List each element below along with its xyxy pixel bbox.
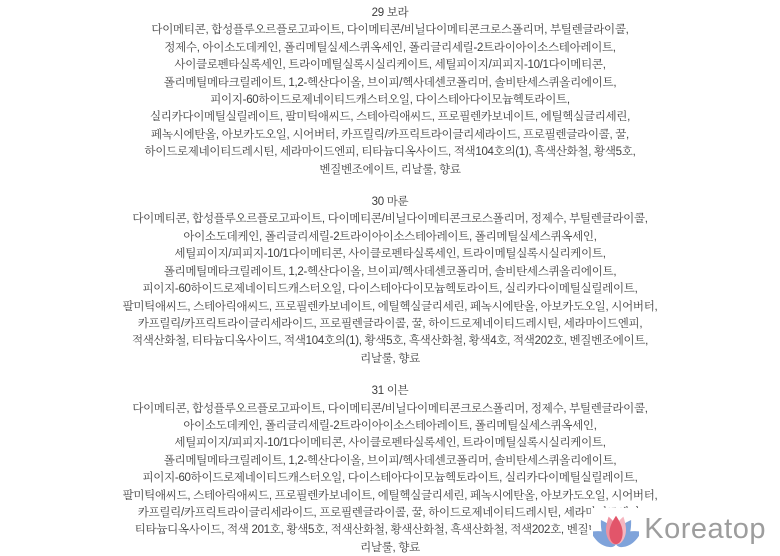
ingredient-line: 페녹시에탄올, 아보카도오일, 시어버터, 카프릴릭/카프릭트라이글리세라이드,…	[80, 127, 700, 144]
ingredient-line: 실리카다이메틸실릴레이트, 팔미틱애씨드, 스테아릭애씨드, 프로필렌카보네이트…	[80, 109, 700, 126]
ingredient-line: 벤질벤조에이트, 리날룰, 향료	[80, 162, 700, 179]
koreatop-logo: Koreatop	[591, 508, 768, 550]
ingredient-line: 사이클로펜타실록세인, 트라이메틸실록시실리케이트, 세틸피이지/피피지-10/…	[80, 57, 700, 74]
ingredient-line: 아이소도데케인, 폴리글리세릴-2트라이아이소스테아레이트, 폴리메틸실세스퀴옥…	[80, 418, 700, 435]
ingredient-line: 피이지-60하이드로제네이티드캐스터오일, 다이스테아다이모늄헥토라이트,	[80, 92, 700, 109]
product-section-30: 30 마룬 다이메티콘, 합성플루오르플로고파이트, 다이메티콘/비닐다이메티콘…	[80, 194, 700, 368]
ingredient-line: 피이지-60하이드로제네이티드캐스터오일, 다이스테아다이모늄헥토라이트, 실리…	[80, 470, 700, 487]
ingredient-line: 피이지-60하이드로제네이티드캐스터오일, 다이스테아다이모늄헥토라이트, 실리…	[80, 281, 700, 298]
section-title: 30 마룬	[80, 194, 700, 211]
ingredient-list-content: 29 보라 다이메티콘, 합성플루오르플로고파이트, 다이메티콘/비닐다이메티콘…	[0, 0, 780, 556]
ingredient-list-page: 29 보라 다이메티콘, 합성플루오르플로고파이트, 다이메티콘/비닐다이메티콘…	[0, 0, 780, 556]
ingredient-line: 다이메티콘, 합성플루오르플로고파이트, 다이메티콘/비닐다이메티콘크로스폴리머…	[80, 401, 700, 418]
ingredient-line: 적색산화철, 티타늄디옥사이드, 적색104호의(1), 황색5호, 흑색산화철…	[80, 333, 700, 350]
ingredient-line: 폴리메틸메타크릴레이트, 1,2-헥산다이올, 브이피/헥사데센코폴리머, 솔비…	[80, 264, 700, 281]
ingredient-line: 다이메티콘, 합성플루오르플로고파이트, 다이메티콘/비닐다이메티콘크로스폴리머…	[80, 22, 700, 39]
section-title: 31 이븐	[80, 383, 700, 400]
ingredient-line: 다이메티콘, 합성플루오르플로고파이트, 다이메티콘/비닐다이메티콘크로스폴리머…	[80, 211, 700, 228]
ingredient-line: 카프릴릭/카프릭트라이글리세라이드, 프로필렌글라이콜, 꿀, 하이드로제네이티…	[80, 316, 700, 333]
ingredient-line: 팔미틱애씨드, 스테아릭애씨드, 프로필렌카보네이트, 에틸헥실글리세린, 페녹…	[80, 299, 700, 316]
section-title: 29 보라	[80, 5, 700, 22]
ingredient-line: 리날룰, 향료	[80, 351, 700, 368]
ingredient-line: 하이드로제네이티드레시틴, 세라마이드엔피, 티타늄디옥사이드, 적색104호의…	[80, 144, 700, 161]
logo-text: Koreatop	[644, 515, 766, 544]
ingredient-line: 정제수, 아이소도데케인, 폴리메틸실세스퀴옥세인, 폴리글리세릴-2트라이아이…	[80, 40, 700, 57]
lotus-icon	[593, 510, 639, 548]
ingredient-line: 폴리메틸메타크릴레이트, 1,2-헥산다이올, 브이피/헥사데센코폴리머, 솔비…	[80, 453, 700, 470]
ingredient-line: 폴리메틸메타크릴레이트, 1,2-헥산다이올, 브이피/헥사데센코폴리머, 솔비…	[80, 75, 700, 92]
product-section-29: 29 보라 다이메티콘, 합성플루오르플로고파이트, 다이메티콘/비닐다이메티콘…	[80, 5, 700, 179]
ingredient-line: 아이소도데케인, 폴리글리세릴-2트라이아이소스테아레이트, 폴리메틸실세스퀴옥…	[80, 229, 700, 246]
ingredient-line: 세틸피이지/피피지-10/1다이메티콘, 사이클로펜타실록세인, 트라이메틸실록…	[80, 246, 700, 263]
ingredient-line: 팔미틱애씨드, 스테아릭애씨드, 프로필렌카보네이트, 에틸헥실글리세린, 페녹…	[80, 488, 700, 505]
ingredient-line: 세틸피이지/피피지-10/1다이메티콘, 사이클로펜타실록세인, 트라이메틸실록…	[80, 435, 700, 452]
